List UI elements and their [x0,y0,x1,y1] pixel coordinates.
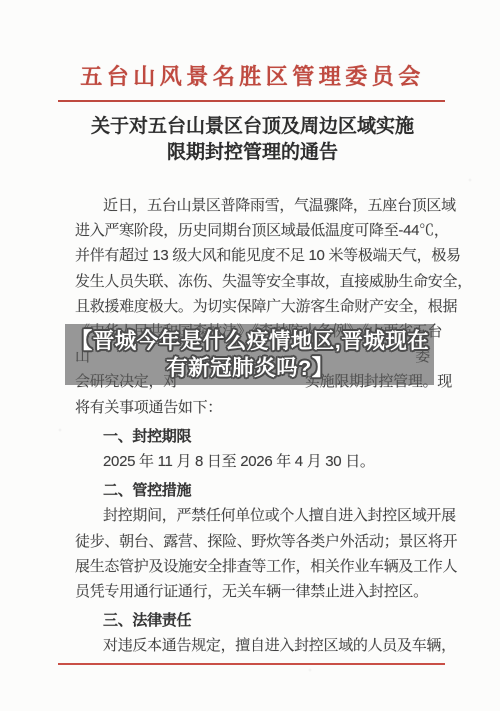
caption-overlay-text: 【晋城今年是什么疫情地区,晋城现在 有新冠肺炎吗?】 [40,328,460,382]
body-line: 近日，五台山景区普降雨雪，气温骤降，五座台顶区域 [75,193,430,218]
notice-title-line1: 关于对五台山景区台顶及周边区域实施 [75,114,430,140]
caption-line2: 有新冠肺炎吗?】 [40,355,460,382]
notice-title-line2: 限期封控管理的通告 [75,140,430,166]
body-line: 展生态管护及设施安全排查等工作，相关作业车辆及工作人 [75,554,430,579]
body-line: 徒步、朝台、露营、探险、野炊等各类户外活动；景区将开 [75,529,430,554]
body-line: 对违反本通告规定，擅自进入封控区域的人员及车辆， [75,633,430,658]
scanned-notice-page: 五台山风景名胜区管理委员会 关于对五台山景区台顶及周边区域实施 限期封控管理的通… [0,0,500,711]
body-line: 进入严寒阶段，历史同期台顶区域最低温度可降至-44℃， [75,218,430,243]
body-line: 且救援难度极大。为切实保障广大游客生命财产安全，根据 [75,294,430,319]
bottom-red-divider [58,663,445,665]
committee-name: 五台山风景名胜区管理委员会 [63,60,442,91]
notice-title: 关于对五台山景区台顶及周边区域实施 限期封控管理的通告 [75,114,430,166]
body-line: 发生人员失联、冻伤、失温等安全事故，直接威胁生命安全， [75,269,430,294]
body-line: 将有关事项通告如下： [75,395,430,420]
section2-heading: 二、管控措施 [75,478,430,503]
body-line: 并伴有超过 13 级大风和能见度不足 10 米等极端天气，极易 [75,243,430,268]
body-line: 员凭专用通行证通行，无关车辆一律禁止进入封控区。 [75,579,430,604]
body-line: 封控期间，严禁任何单位或个人擅自进入封控区域开展 [75,503,430,528]
section3-heading: 三、法律责任 [75,608,430,633]
section1-date-line: 2025 年 11 月 8 日至 2026 年 4 月 30 日。 [75,449,430,474]
section1-heading: 一、封控期限 [75,424,430,449]
header-red-divider [58,100,445,102]
notice-body: 近日，五台山景区普降雨雪，气温骤降，五座台顶区域 进入严寒阶段，历史同期台顶区域… [75,193,430,665]
caption-line1: 【晋城今年是什么疫情地区,晋城现在 [40,328,460,355]
